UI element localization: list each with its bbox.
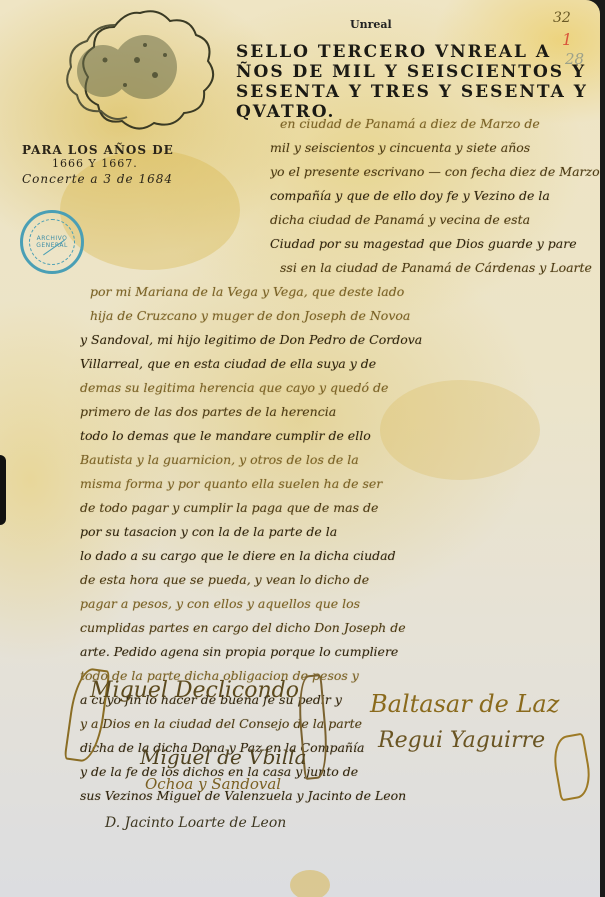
body-line: lo dado a su cargo que le diere en la di…	[80, 544, 600, 568]
body-line: pagar a pesos, y con ellos y aquellos qu…	[80, 592, 600, 616]
body-line: compañía y que de ello doy fe y Vezino d…	[270, 184, 600, 208]
body-line: dicha ciudad de Panamá y vecina de esta	[270, 208, 600, 232]
body-line: de todo pagar y cumplir la paga que de m…	[80, 496, 600, 520]
signature: Miguel de Vbilla	[140, 745, 307, 769]
stamp-line: SELLO TERCERO VNREAL A	[236, 42, 576, 62]
body-line: arte. Pedido agena sin propia porque lo …	[80, 640, 600, 664]
body-line: Villarreal, que en esta ciudad de ella s…	[80, 352, 600, 376]
body-line: y Sandoval, mi hijo legitimo de Don Pedr…	[80, 328, 600, 352]
body-line: todo lo demas que le mandare cumplir de …	[80, 424, 600, 448]
body-line: por su tasacion y con la de la parte de …	[80, 520, 600, 544]
folio-number-pencil: 28	[565, 50, 584, 68]
body-line: demas su legitima herencia que cayo y qu…	[80, 376, 600, 400]
body-line: hija de Cruzcano y muger de don Joseph d…	[90, 304, 600, 328]
body-line: yo el presente escrivano — con fecha die…	[270, 160, 600, 184]
stamp-header: SELLO TERCERO VNREAL A ÑOS DE MIL Y SEIS…	[236, 42, 576, 122]
signature: Ochoa y Sandoval	[145, 775, 281, 793]
body-line: primero de las dos partes de la herencia	[80, 400, 600, 424]
body-line: de esta hora que se pueda, y vean lo dic…	[80, 568, 600, 592]
signature: D. Jacinto Loarte de Leon	[105, 815, 286, 831]
folio-number: 32	[553, 10, 571, 26]
stamp-line: ÑOS DE MIL Y SEISCIENTOS Y	[236, 62, 576, 82]
body-line: Bautista y la guarnicion, y otros de los…	[80, 448, 600, 472]
body-line: en ciudad de Panamá a diez de Marzo de	[280, 112, 600, 136]
body-line: cumplidas partes en cargo del dicho Don …	[80, 616, 600, 640]
signature: Miguel Declicondo	[90, 678, 299, 703]
body-line: ssi en la ciudad de Panamá de Cárdenas y…	[280, 256, 600, 280]
torn-edge	[0, 455, 6, 525]
body-line: mil y seiscientos y cincuenta y siete añ…	[270, 136, 600, 160]
signature: Regui Yaguirre	[378, 728, 545, 753]
paper-stain	[290, 870, 330, 897]
body-line: Ciudad por su magestad que Dios guarde y…	[270, 232, 600, 256]
stamp-line: SESENTA Y TRES Y SESENTA Y	[236, 82, 576, 102]
folio-number-red: 1	[562, 30, 572, 49]
stamp-value-label: Unreal	[350, 18, 392, 31]
signature: Baltasar de Laz	[370, 690, 559, 718]
body-line: misma forma y por quanto ella suelen ha …	[80, 472, 600, 496]
manuscript-page: Unreal SELLO TERCERO VNREAL A ÑOS DE MIL…	[0, 0, 600, 897]
body-line: por mi Mariana de la Vega y Vega, que de…	[90, 280, 600, 304]
